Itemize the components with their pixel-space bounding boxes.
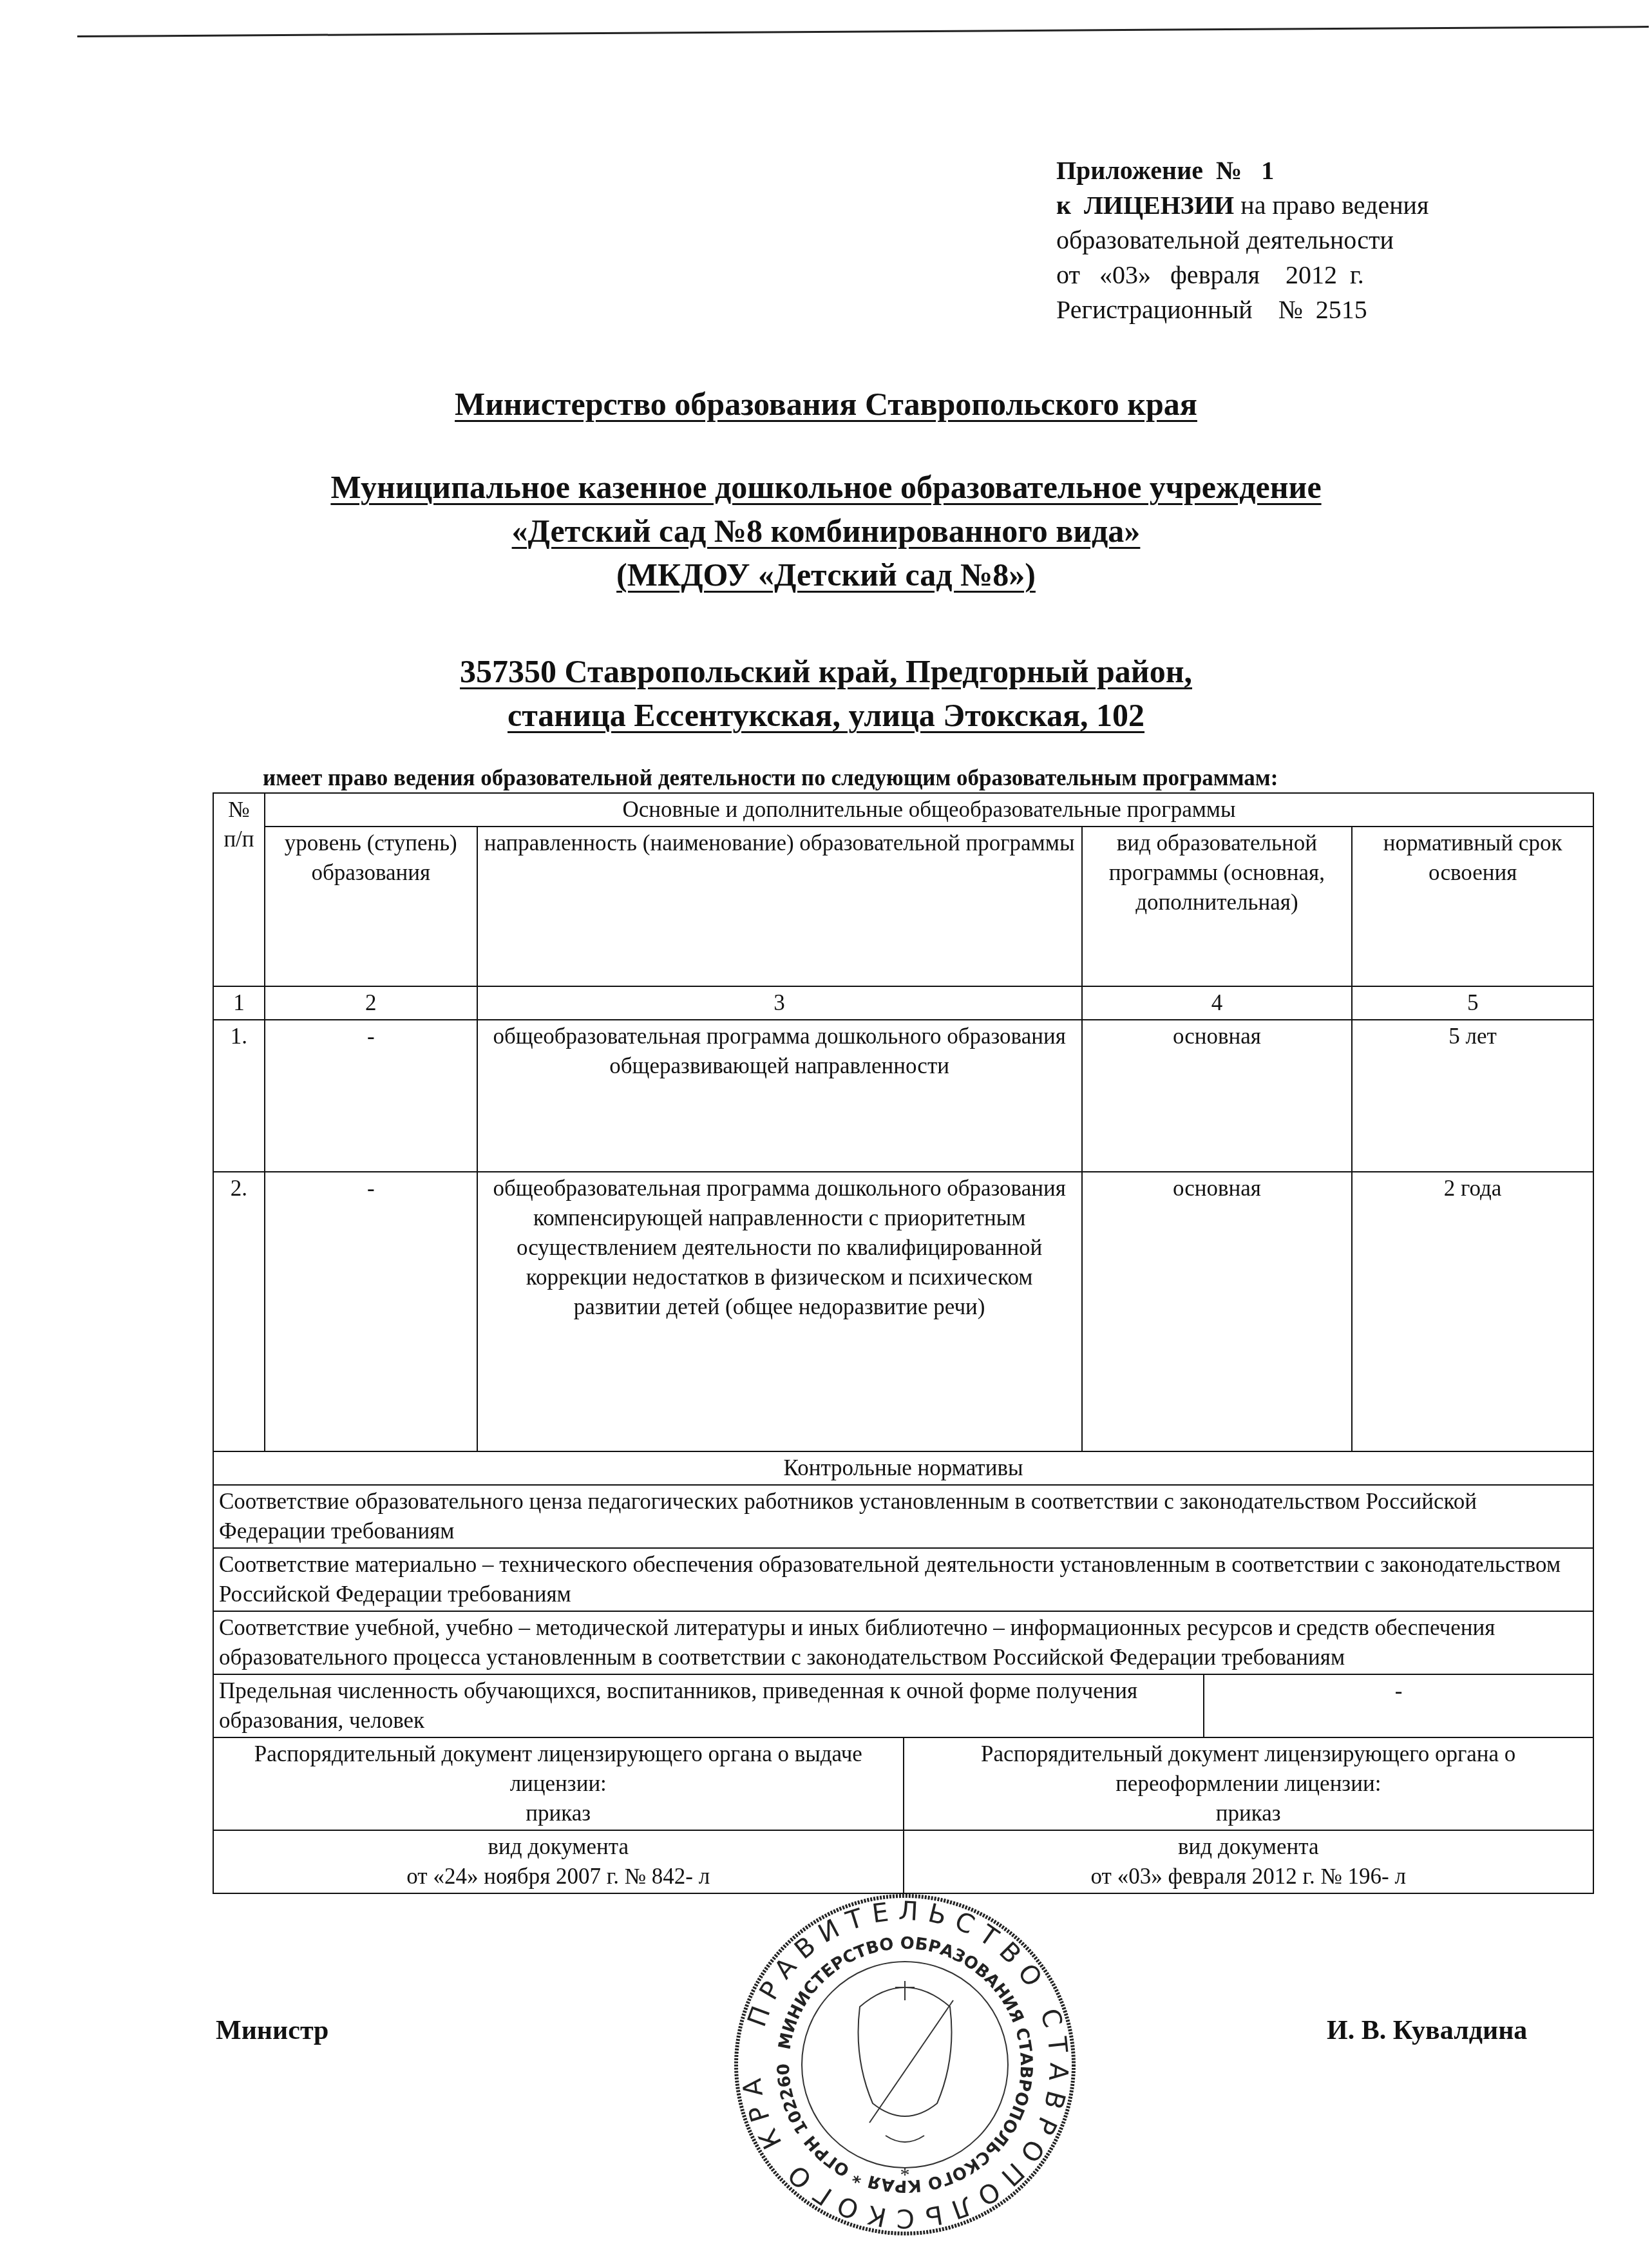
- header-term: нормативный срок освоения: [1352, 827, 1593, 986]
- table-row: 2. - общеобразовательная программа дошко…: [213, 1172, 1593, 1451]
- order-issue-title: Распорядительный документ лицензирующего…: [219, 1739, 898, 1799]
- annex-registration: Регистрационный № 2515: [1056, 292, 1429, 327]
- order-reissue-title: Распорядительный документ лицензирующего…: [909, 1739, 1588, 1799]
- row-term: 5 лет: [1352, 1020, 1593, 1172]
- seal-icon: ПРАВИТЕЛЬСТВО СТАВРОПОЛЬСКОГО КРАЯ МИНИС…: [731, 1891, 1079, 2239]
- programs-table: № п/п Основные и дополнительные общеобра…: [213, 792, 1594, 1894]
- annex-license-ref: к ЛИЦЕНЗИИ на право ведения: [1056, 188, 1429, 223]
- control-item: Соответствие материально – технического …: [213, 1548, 1593, 1611]
- signatory-position: Министр: [216, 2015, 328, 2046]
- orders-row: Распорядительный документ лицензирующего…: [213, 1737, 1593, 1893]
- col-number: 4: [1082, 986, 1353, 1020]
- row-level: -: [265, 1020, 477, 1172]
- order-reissue-cell: Распорядительный документ лицензирующего…: [904, 1738, 1593, 1830]
- control-header-row: Контрольные нормативы: [213, 1451, 1593, 1485]
- order-reissue-details-cell: вид документа от «03» февраля 2012 г. № …: [904, 1830, 1593, 1893]
- control-item-row: Соответствие образовательного ценза педа…: [213, 1485, 1593, 1548]
- annex-activity: образовательной деятельности: [1056, 223, 1429, 258]
- organization-line-3: (МКДОУ «Детский сад №8»): [616, 557, 1036, 593]
- svg-text:*: *: [900, 2164, 910, 2185]
- table-row: 1. - общеобразовательная программа дошко…: [213, 1020, 1593, 1172]
- col-number: 2: [265, 986, 477, 1020]
- table-header-row: № п/п Основные и дополнительные общеобра…: [213, 793, 1593, 827]
- intro-statement: имеет право ведения образовательной деят…: [263, 765, 1278, 791]
- order-issue-doc-label: вид документа: [219, 1832, 898, 1862]
- organization-title: Муниципальное казенное дошкольное образо…: [0, 465, 1652, 597]
- row-type: основная: [1082, 1172, 1353, 1451]
- order-reissue-doc-label: вид документа: [909, 1832, 1588, 1862]
- col-number: 3: [477, 986, 1082, 1020]
- ministry-title: Министерство образования Ставропольского…: [0, 385, 1652, 423]
- max-students-row: Предельная численность обучающихся, восп…: [213, 1674, 1593, 1737]
- table-subheader-row: уровень (ступень) образования направленн…: [213, 827, 1593, 986]
- scan-edge-line: [77, 26, 1649, 37]
- header-direction: направленность (наименование) образовате…: [477, 827, 1082, 986]
- order-issue-cell: Распорядительный документ лицензирующего…: [214, 1738, 904, 1830]
- control-item: Соответствие учебной, учебно – методичес…: [213, 1611, 1593, 1674]
- order-issue-details-cell: вид документа от «24» ноября 2007 г. № 8…: [214, 1830, 904, 1893]
- row-num: 2.: [213, 1172, 265, 1451]
- row-level: -: [265, 1172, 477, 1451]
- control-item-row: Соответствие материально – технического …: [213, 1548, 1593, 1611]
- row-term: 2 года: [1352, 1172, 1593, 1451]
- annex-date: от «03» февраля 2012 г.: [1056, 258, 1429, 292]
- control-item-row: Соответствие учебной, учебно – методичес…: [213, 1611, 1593, 1674]
- row-direction: общеобразовательная программа дошкольног…: [477, 1020, 1082, 1172]
- column-numbering-row: 1 2 3 4 5: [213, 986, 1593, 1020]
- max-students-label: Предельная численность обучающихся, восп…: [214, 1675, 1204, 1737]
- organization-line-2: «Детский сад №8 комбинированного вида»: [512, 513, 1141, 549]
- control-item: Соответствие образовательного ценза педа…: [213, 1485, 1593, 1548]
- order-issue-details: от «24» ноября 2007 г. № 842- л: [219, 1862, 898, 1891]
- eagle-emblem: [859, 1981, 954, 2142]
- address-line-2: станица Ессентукская, улица Этокская, 10…: [508, 697, 1144, 733]
- official-seal: ПРАВИТЕЛЬСТВО СТАВРОПОЛЬСКОГО КРАЯ МИНИС…: [731, 1891, 1079, 2239]
- col-number: 1: [213, 986, 265, 1020]
- row-num: 1.: [213, 1020, 265, 1172]
- order-reissue-details: от «03» февраля 2012 г. № 196- л: [909, 1862, 1588, 1891]
- order-issue-type: приказ: [219, 1799, 898, 1828]
- col-number: 5: [1352, 986, 1593, 1020]
- address-line-1: 357350 Ставропольский край, Предгорный р…: [460, 653, 1192, 689]
- header-num: № п/п: [213, 793, 265, 986]
- organization-line-1: Муниципальное казенное дошкольное образо…: [330, 469, 1321, 505]
- order-reissue-type: приказ: [909, 1799, 1588, 1828]
- annex-number: Приложение № 1: [1056, 153, 1429, 188]
- signatory-name: И. В. Кувалдина: [1327, 2015, 1527, 2046]
- header-type: вид образовательной программы (основная,…: [1082, 827, 1353, 986]
- organization-address: 357350 Ставропольский край, Предгорный р…: [0, 649, 1652, 737]
- row-direction: общеобразовательная программа дошкольног…: [477, 1172, 1082, 1451]
- control-header: Контрольные нормативы: [213, 1451, 1593, 1485]
- header-level: уровень (ступень) образования: [265, 827, 477, 986]
- header-group: Основные и дополнительные общеобразовате…: [265, 793, 1593, 827]
- annex-block: Приложение № 1 к ЛИЦЕНЗИИ на право веден…: [1056, 153, 1429, 327]
- max-students-value: -: [1204, 1675, 1593, 1737]
- row-type: основная: [1082, 1020, 1353, 1172]
